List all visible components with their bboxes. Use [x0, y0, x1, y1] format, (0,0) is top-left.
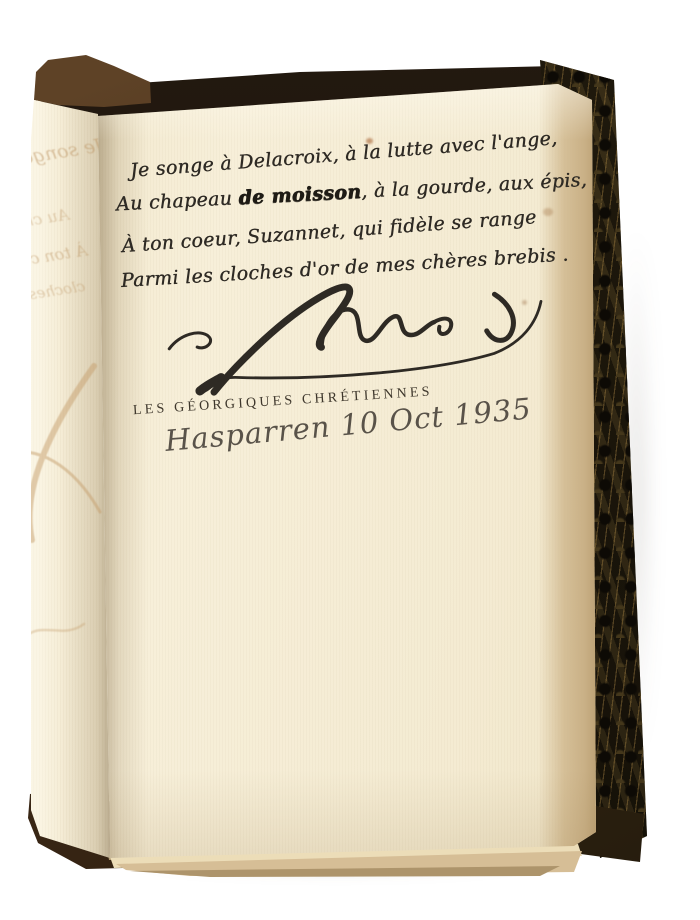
inscription-overwritten-words: de moisson	[238, 181, 362, 209]
inscription-line-2-start: Au chapeau	[115, 187, 238, 215]
showthrough-mark-icon	[14, 612, 94, 652]
showthrough-signature-flourish-icon	[0, 360, 114, 550]
autograph-inscription-block: Je songe à Delacroix, à la lutte avec l'…	[112, 110, 615, 559]
author-signature-flourish-icon	[149, 265, 555, 402]
inscription-line-2-end: , à la gourde, aux épis,	[361, 169, 588, 203]
photo-open-book: Je songe à Au chapeau À ton coeur, cloch…	[0, 0, 700, 920]
right-page-bottom-shade	[100, 770, 600, 860]
